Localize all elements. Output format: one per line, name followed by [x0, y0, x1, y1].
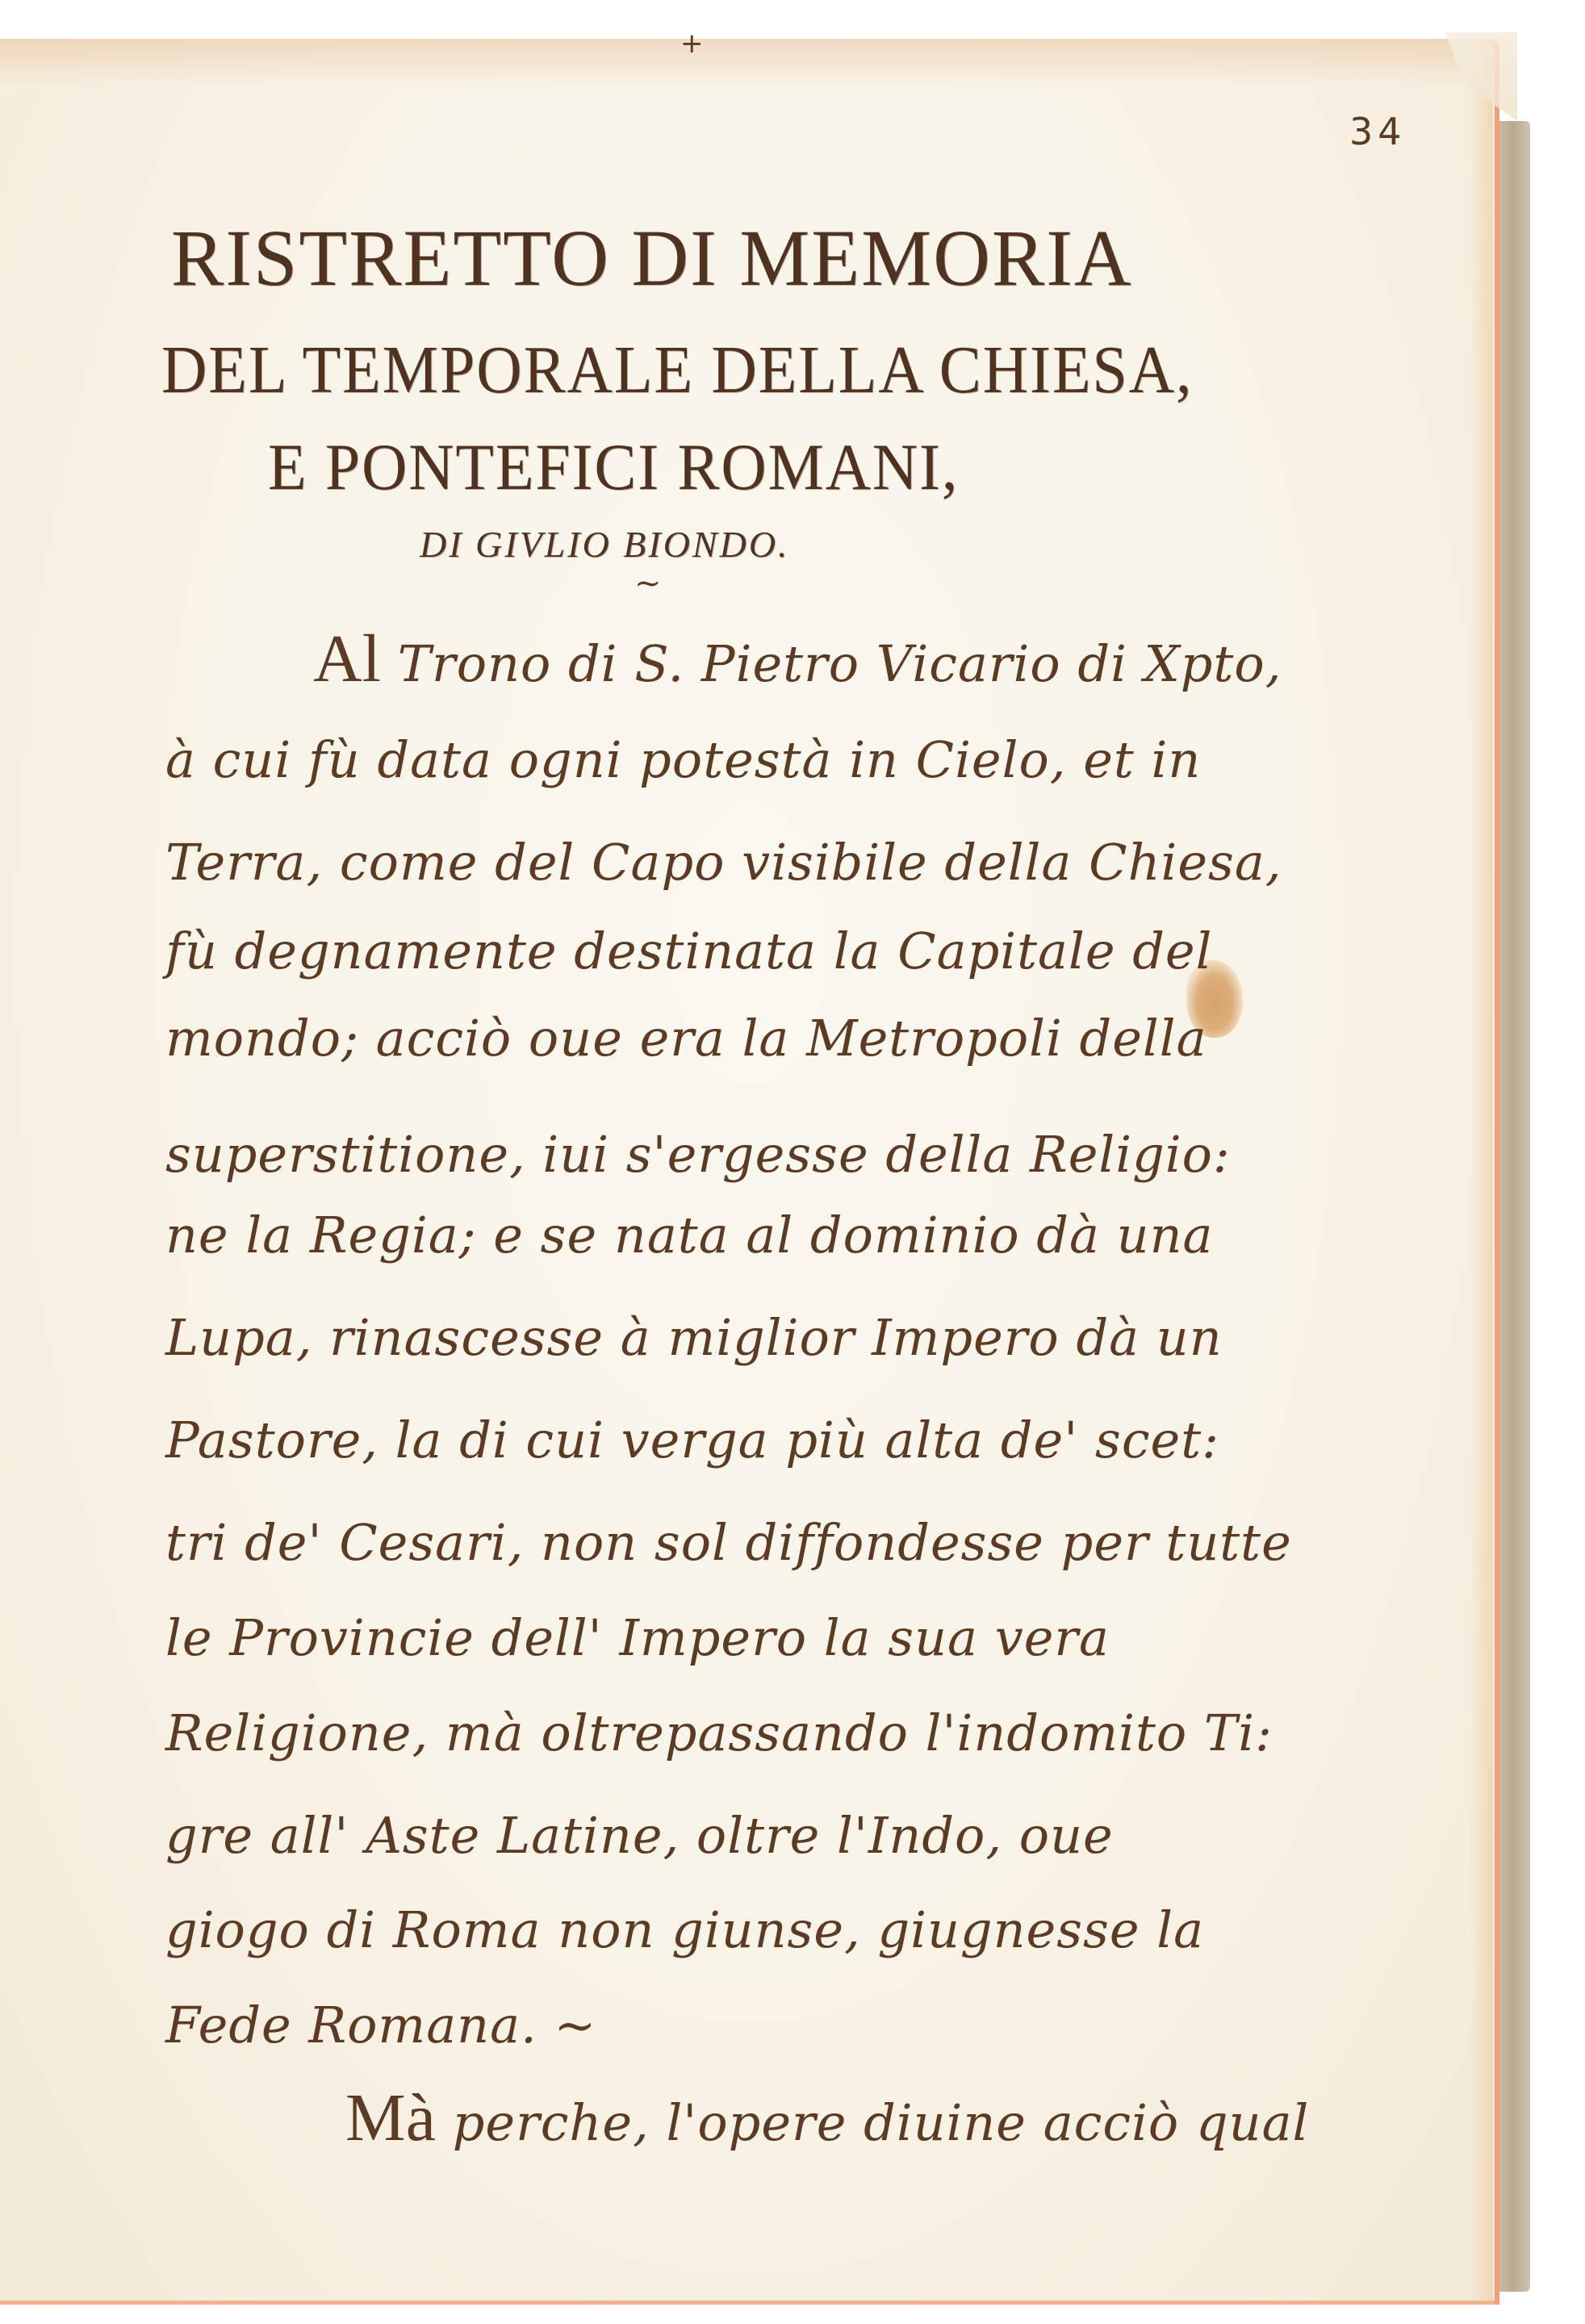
text-line: Lupa, rinascesse à miglior Impero dà un — [165, 1308, 1223, 1367]
text-line: Pastore, la di cui verga più alta de' sc… — [165, 1411, 1219, 1469]
text-line: superstitione, iui s'ergesse della Relig… — [165, 1125, 1231, 1184]
folio-number: 34 — [1349, 110, 1407, 153]
text-line: Al Trono di S. Pietro Vicario di Xpto, — [313, 620, 1282, 698]
text-line: gre all' Aste Latine, oltre l'Indo, oue — [165, 1806, 1114, 1865]
initial-letters: Al — [313, 621, 381, 696]
text-line: Fede Romana. ~ — [165, 1996, 596, 2054]
text-line: fù degnamente destinata la Capitale del — [165, 922, 1212, 980]
separator-flourish: ~ — [634, 565, 662, 602]
header-cross-mark: + — [680, 27, 704, 60]
title-line-1: Ristretto di Memoria — [171, 211, 1133, 304]
text-line: à cui fù data ogni potestà in Cielo, et … — [165, 730, 1201, 789]
text-line: tri de' Cesari, non sol diffondesse per … — [165, 1513, 1292, 1572]
text-line: le Provincie dell' Impero la sua vera — [165, 1608, 1110, 1667]
initial-letters: Mà — [345, 2080, 436, 2155]
text-line: giogo di Roma non giunse, giugnesse la — [165, 1900, 1204, 1959]
text-line: Mà perche, l'opere diuine acciò qual — [345, 2079, 1309, 2157]
text-line: Religione, mà oltrepassando l'indomito T… — [165, 1703, 1273, 1762]
text-line: Terra, come del Capo visibile della Chie… — [165, 833, 1282, 892]
text-line: mondo; acciò oue era la Metropoli della — [165, 1009, 1207, 1068]
text-line: ne la Regia; e se nata al dominio dà una — [165, 1206, 1214, 1264]
title-line-2: del Temporale della Chiesa, — [161, 331, 1193, 409]
author-line: di Givlio Biondo. — [420, 523, 790, 566]
title-line-3: e Pontefici Romani, — [268, 429, 959, 505]
